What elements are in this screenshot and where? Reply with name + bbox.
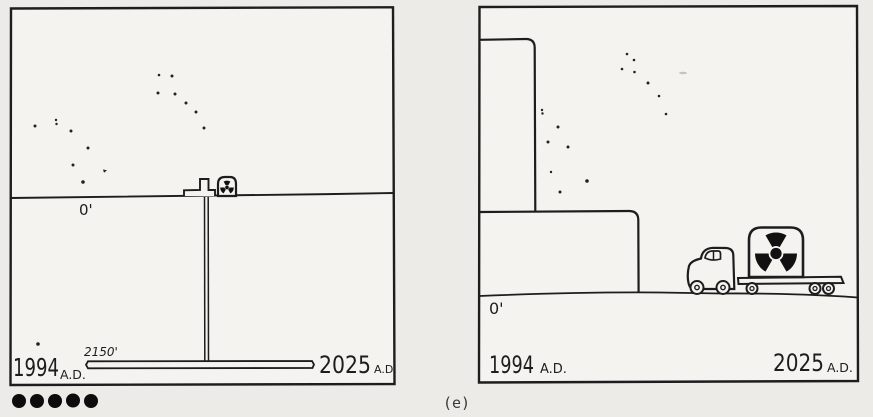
right-start-era: A.D. — [540, 362, 567, 377]
left-start-era: A.D. — [60, 367, 86, 382]
right-end-year: 2025 — [773, 349, 824, 377]
left-start-year: 1994 — [13, 353, 59, 382]
right-panel: 0' 1994 A.D. 2025 A.D. — [479, 6, 858, 383]
progress-dot — [66, 394, 80, 408]
progress-dot — [84, 394, 98, 408]
left-end-era: A.D. — [374, 363, 397, 376]
progress-dots — [12, 394, 98, 409]
figure-canvas: 0' 2150' 1994 A.D. 2025 A.D. (e) — [0, 0, 873, 417]
left-panel: 0' 2150' 1994 A.D. 2025 A.D. — [11, 7, 397, 385]
progress-dot — [48, 394, 62, 408]
radioactive-cask-icon — [749, 228, 803, 278]
right-start-year: 1994 — [489, 351, 534, 379]
left-end-year: 2025 — [319, 351, 371, 379]
figure-caption: (e) — [443, 394, 470, 412]
figure-page: 0' 2150' 1994 A.D. 2025 A.D. (e) — [0, 0, 873, 417]
left-surface-depth-label: 0' — [79, 201, 93, 219]
right-surface-depth-label: 0' — [489, 299, 504, 318]
progress-dot — [30, 394, 44, 408]
tunnel-icon — [86, 361, 314, 368]
progress-dot — [12, 394, 26, 408]
radioactive-dome-icon — [218, 177, 236, 196]
right-end-era: A.D. — [827, 360, 853, 375]
left-tunnel-depth-label: 2150' — [84, 345, 118, 359]
